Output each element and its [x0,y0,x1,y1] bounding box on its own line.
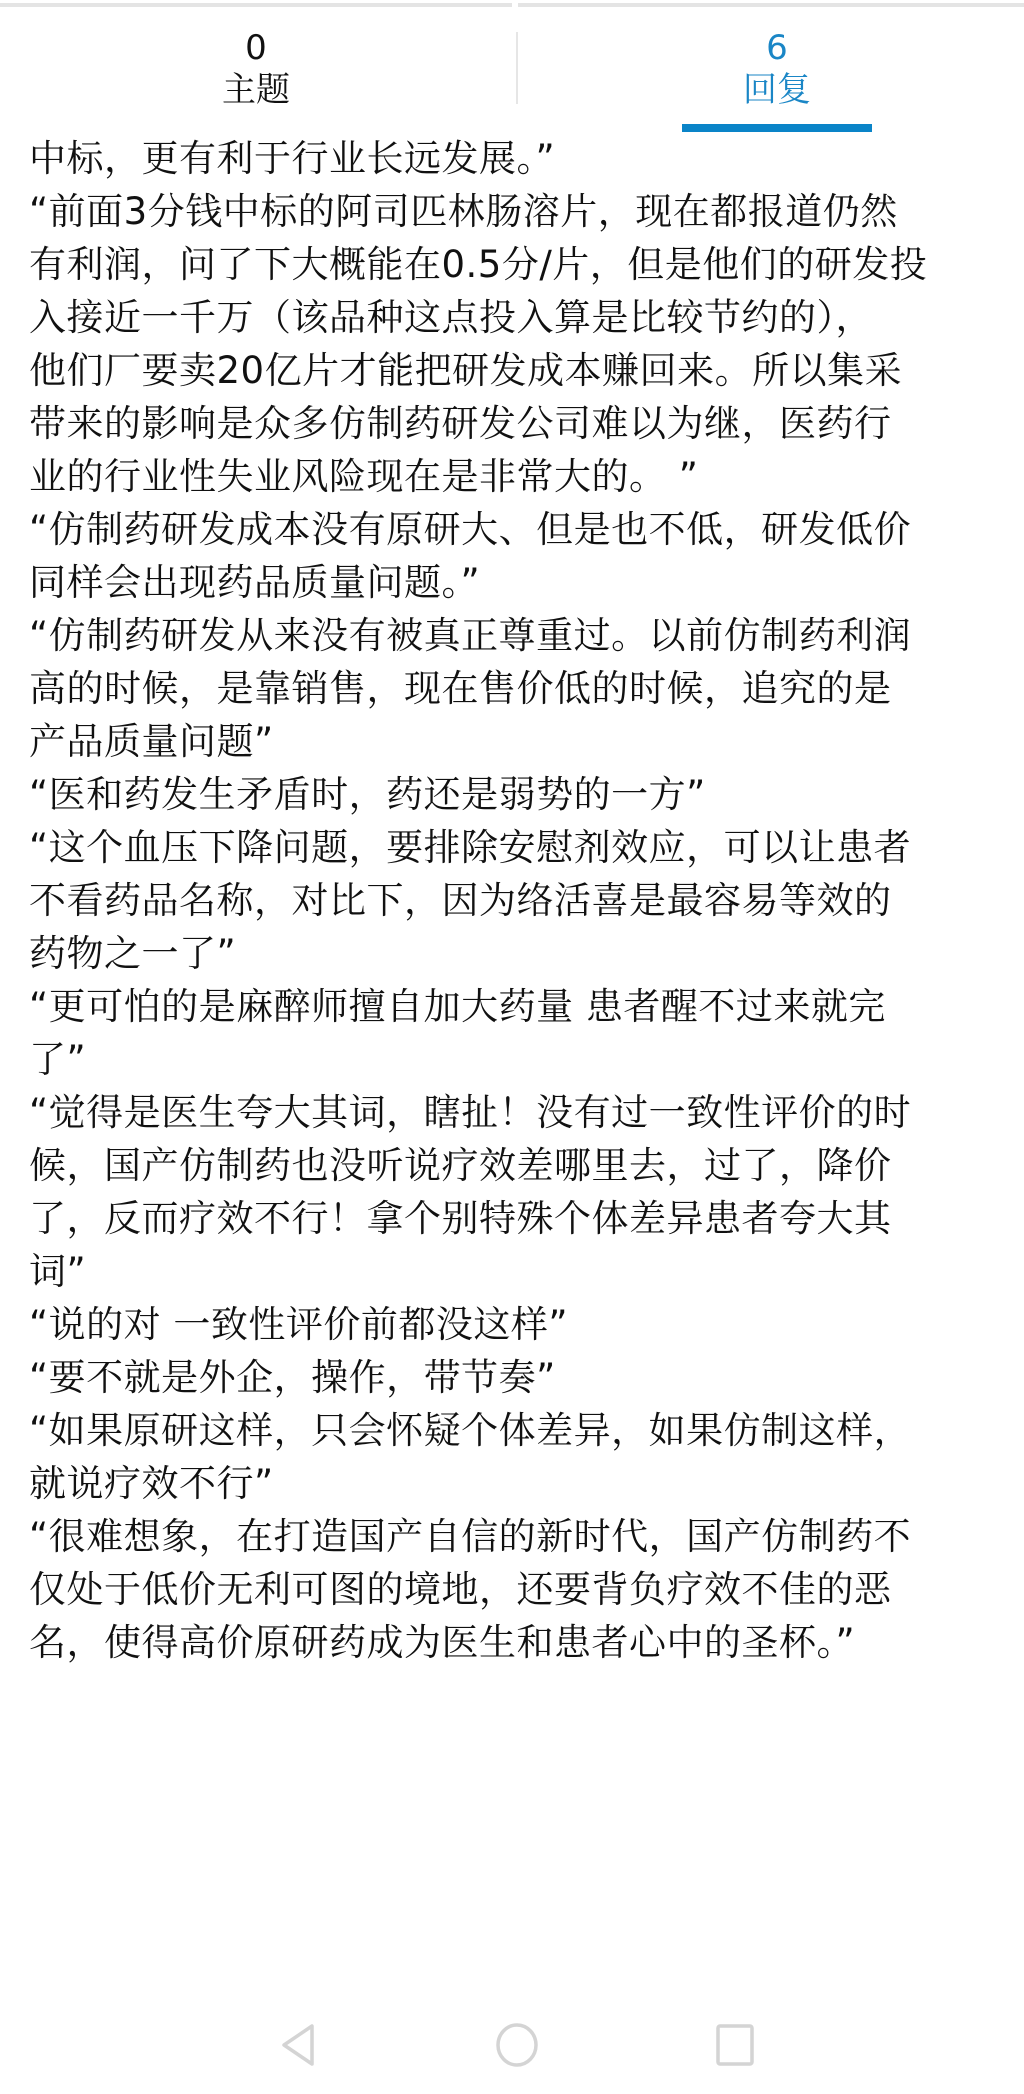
home-button[interactable] [492,2020,542,2070]
content-line: 业的行业性失业风险现在是非常大的。 ” [29,450,1009,503]
content-line: “要不就是外企，操作，带节奏” [29,1351,1009,1404]
content-line: 中标，更有利于行业长远发展。” [29,132,1009,185]
content-line: 名，使得高价原研药成为医生和患者心中的圣杯。” [29,1616,1009,1669]
tab-topics-label: 主题 [106,68,406,112]
content-line: 词” [29,1245,1009,1298]
system-navigation-bar [0,1990,1024,2094]
back-button[interactable] [276,2020,326,2070]
tab-replies-count: 6 [627,28,927,68]
content-line: “仿制药研发成本没有原研大、但是也不低，研发低价 [29,503,1009,556]
content-line: 他们厂要卖20亿片才能把研发成本赚回来。所以集采 [29,344,1009,397]
tab-topics-count: 0 [106,28,406,68]
content-line: 高的时候，是靠销售，现在售价低的时候，追究的是 [29,662,1009,715]
content-line: “医和药发生矛盾时，药还是弱势的一方” [29,768,1009,821]
content-line: “这个血压下降问题，要排除安慰剂效应，可以让患者 [29,821,1009,874]
tab-topics[interactable]: 0 主题 [106,28,406,112]
content-line: 入接近一千万（该品种这点投入算是比较节约的）， [29,291,1009,344]
content-line: 有利润，问了下大概能在0.5分/片，但是他们的研发投 [29,238,1009,291]
content-line: 候，国产仿制药也没听说疗效差哪里去，过了，降价 [29,1139,1009,1192]
content-line: 了” [29,1033,1009,1086]
content-line: 了，反而疗效不行！拿个别特殊个体差异患者夸大其 [29,1192,1009,1245]
content-line: 就说疗效不行” [29,1457,1009,1510]
tab-divider [516,32,518,104]
content-line: 不看药品名称，对比下，因为络活喜是最容易等效的 [29,874,1009,927]
content-line: “觉得是医生夸大其词，瞎扯！没有过一致性评价的时 [29,1086,1009,1139]
content-line: “说的对 一致性评价前都没这样” [29,1298,1009,1351]
content-line: “前面3分钱中标的阿司匹林肠溶片，现在都报道仍然 [29,185,1009,238]
content-line: 产品质量问题” [29,715,1009,768]
content-line: “仿制药研发从来没有被真正尊重过。以前仿制药利润 [29,609,1009,662]
circle-home-icon [492,2020,542,2070]
content-line: 带来的影响是众多仿制药研发公司难以为继，医药行 [29,397,1009,450]
tab-bar: 0 主题 6 回复 [0,0,1024,135]
content-line: 仅处于低价无利可图的境地，还要背负疗效不佳的恶 [29,1563,1009,1616]
content-line: “如果原研这样，只会怀疑个体差异，如果仿制这样， [29,1404,1009,1457]
content-line: “更可怕的是麻醉师擅自加大药量 患者醒不过来就完 [29,980,1009,1033]
content-line: “很难想象，在打造国产自信的新时代，国产仿制药不 [29,1510,1009,1563]
recents-button[interactable] [710,2020,760,2070]
content-line: 同样会出现药品质量问题。” [29,556,1009,609]
reply-content: 中标，更有利于行业长远发展。” “前面3分钱中标的阿司匹林肠溶片，现在都报道仍然… [29,132,1009,1669]
tab-replies[interactable]: 6 回复 [627,28,927,112]
triangle-back-icon [276,2020,326,2070]
content-line: 药物之一了” [29,927,1009,980]
active-tab-indicator [682,124,872,132]
tab-replies-label: 回复 [627,68,927,112]
square-recents-icon [710,2020,760,2070]
